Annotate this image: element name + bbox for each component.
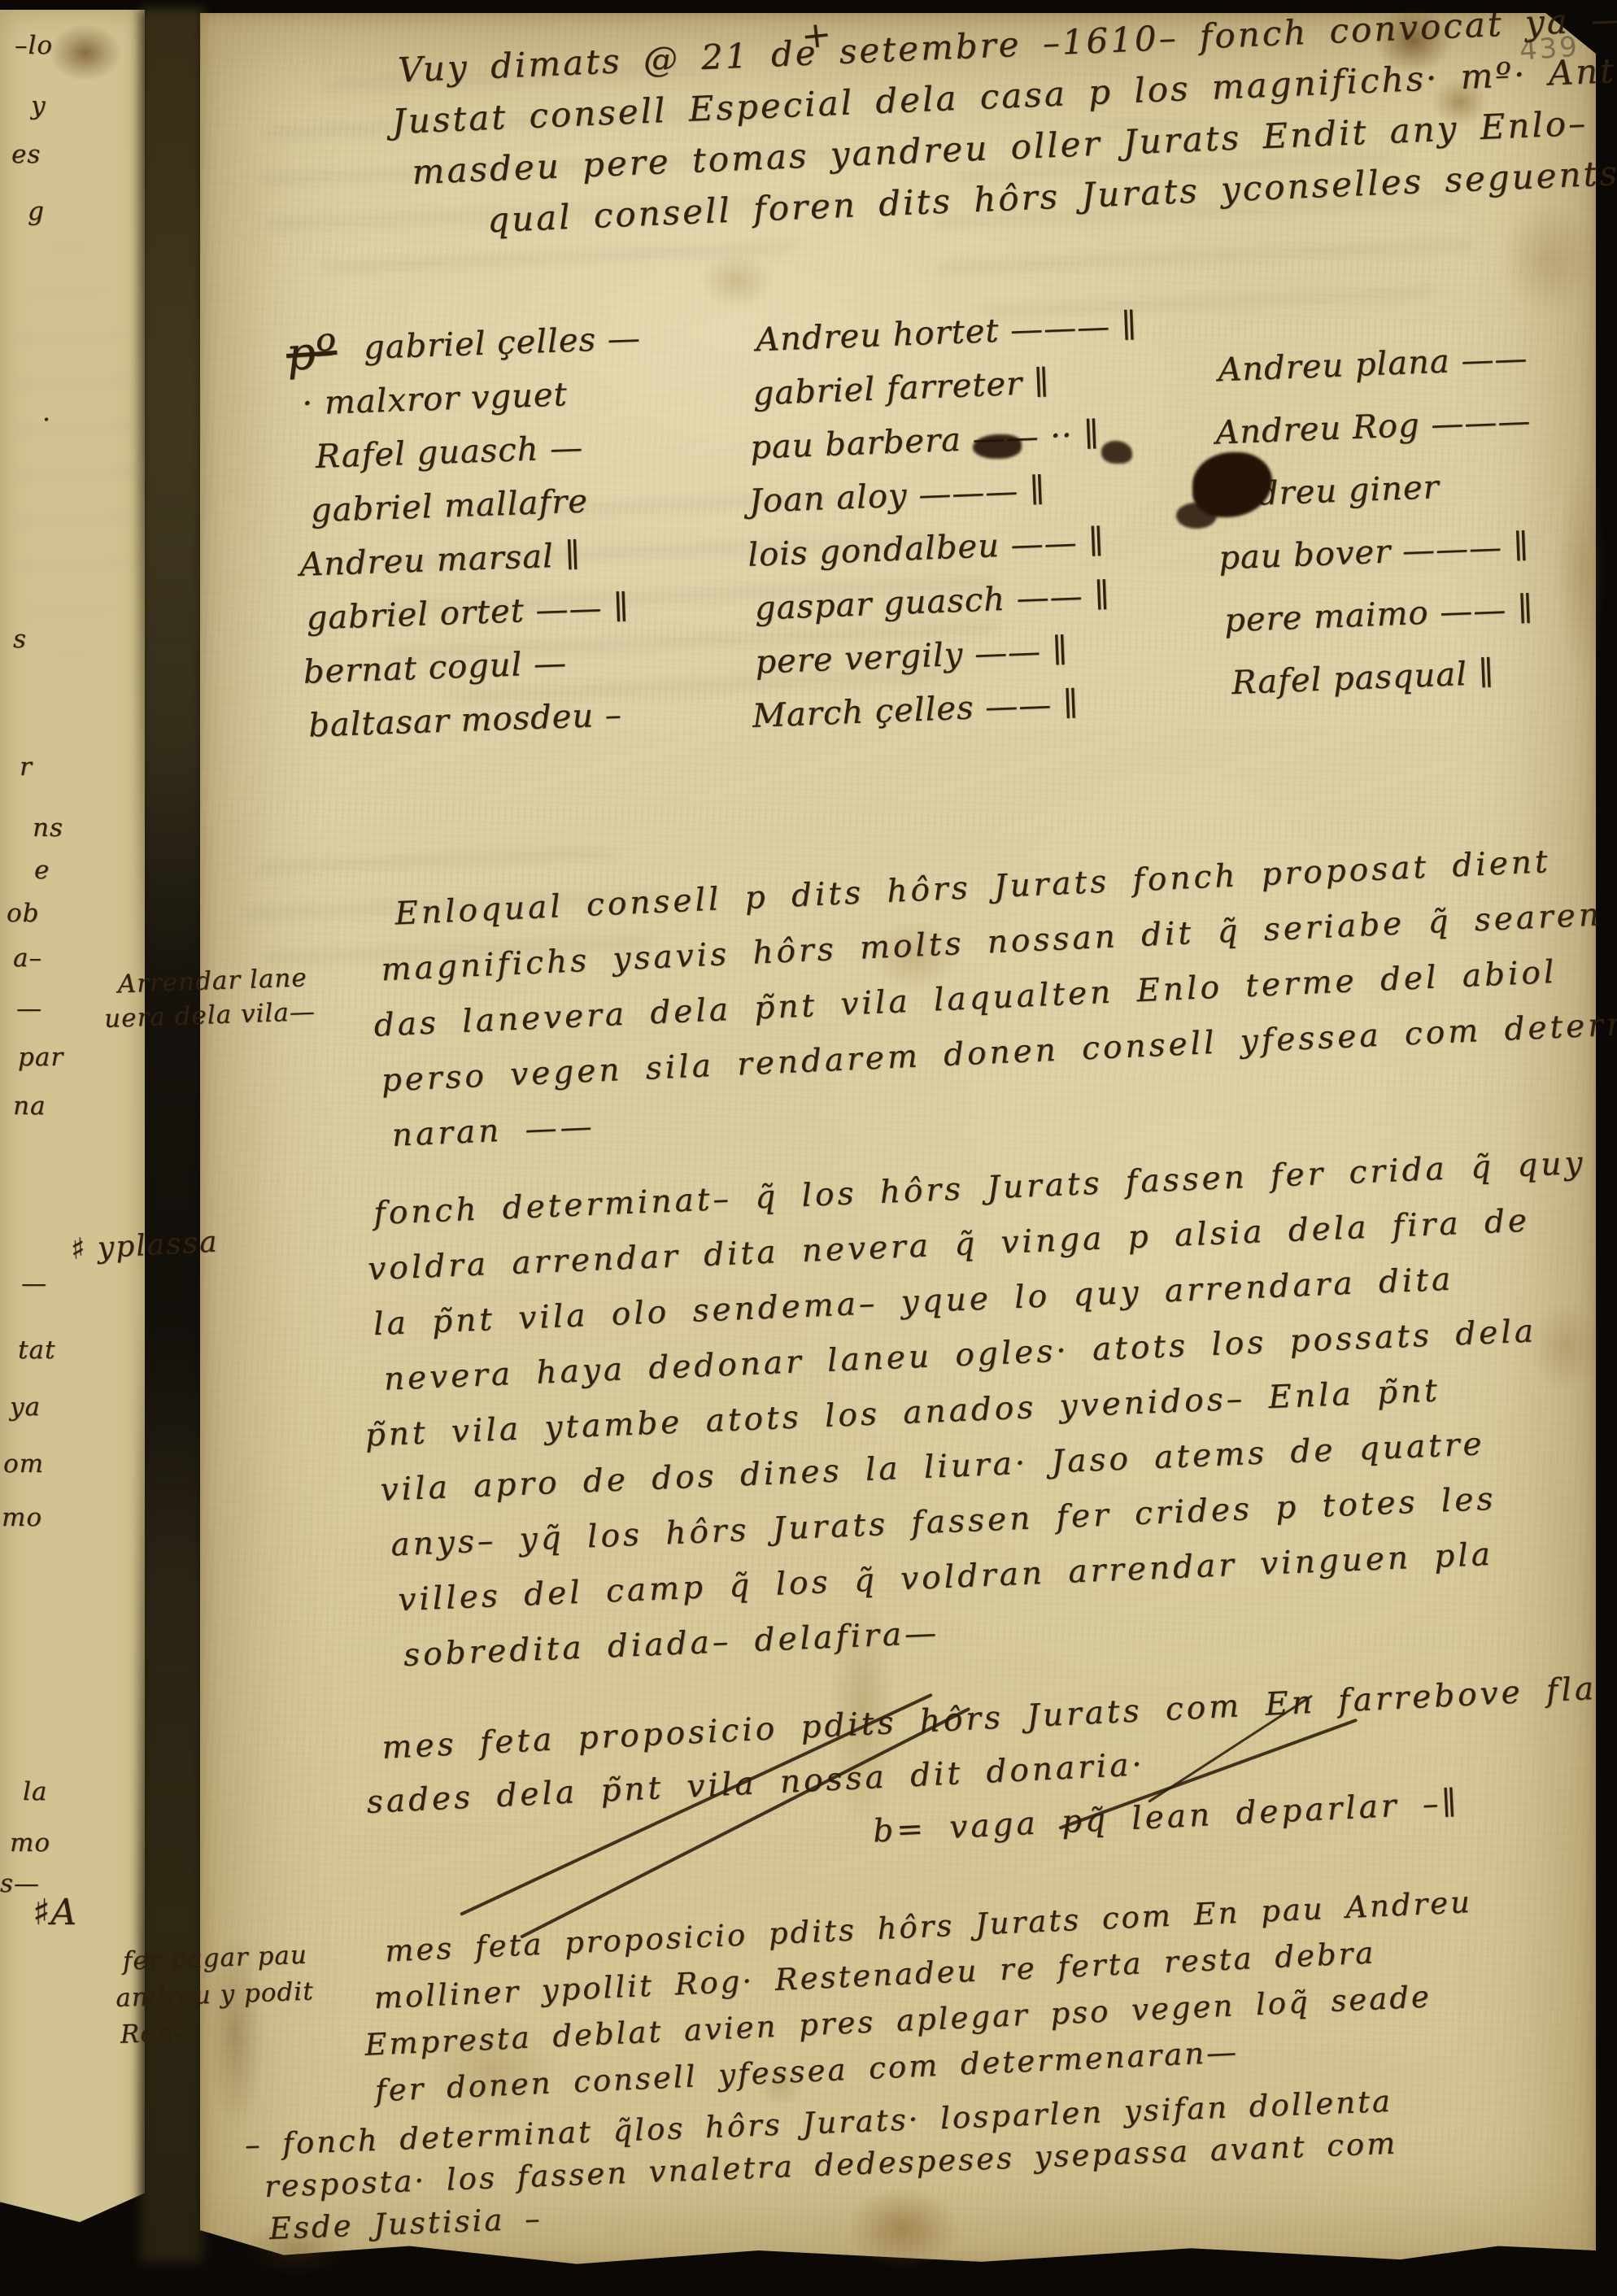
manuscript-photo: 439 + Vuy dimats @ 21 de setembre –1610–… — [0, 0, 1617, 2296]
edge-fragment: la — [23, 1777, 47, 1806]
attendee-column-2: Andreu hortet ——— ∥ gabriel farreter ∥ p… — [742, 298, 1153, 743]
edge-fragment: y — [31, 91, 46, 120]
edge-fragment: mo — [10, 1828, 50, 1858]
margin-note-line: andreu y podit — [115, 1973, 315, 2016]
edge-fragment: ob — [7, 899, 40, 928]
attendee-name: Rafel pasqual ∥ — [1231, 641, 1542, 716]
margin-note-line: fer pagar pau — [122, 1937, 313, 1980]
edge-fragment: — — [16, 994, 42, 1023]
binding-gutter-shadow — [140, 8, 203, 2263]
paragraph-nevera-proposal: Enloqual consell p dits hôrs Jurats fonc… — [368, 830, 1617, 1164]
ink-blot — [1176, 503, 1217, 529]
edge-fragment: es — [11, 140, 41, 169]
edge-fragment: ♯A — [33, 1892, 77, 1933]
edge-fragment: a– — [13, 943, 42, 973]
ink-blot — [973, 434, 1022, 459]
edge-fragment: ns — [33, 813, 63, 843]
edge-fragment: na — [13, 1091, 46, 1121]
stain — [49, 24, 122, 81]
edge-fragment: tat — [18, 1335, 55, 1365]
edge-fragment: e — [34, 856, 50, 885]
margin-note-fer-pagar: fer pagar pau andreu y podit Rog— — [114, 1937, 316, 2054]
attendee-name: pere maimo —— ∥ — [1223, 578, 1540, 653]
edge-fragment: om — [3, 1449, 44, 1479]
attendee-column-1: gabriel çelles — · malxror vguet Rafel g… — [291, 312, 655, 753]
ink-blot — [1101, 441, 1132, 464]
attendee-name: pau bover ——— ∥ — [1218, 516, 1537, 590]
edge-fragment: g — [28, 197, 45, 226]
stain — [1558, 455, 1606, 683]
attendee-name: gabriel çelles — — [363, 312, 642, 375]
edge-fragment: — — [21, 1269, 47, 1298]
attendee-column-3: Andreu plana —— Andreu Rog ——— Andreu gi… — [1205, 328, 1541, 716]
margin-note-arrendar-nevera: Arrendar lane uera dela vila— — [102, 961, 316, 1036]
edge-fragment: par — [18, 1043, 63, 1072]
paragraph-crida-resolution: fonch determinat– q̃ los hôrs Jurats fas… — [355, 1136, 1606, 1685]
edge-fragment: –lo — [15, 31, 53, 60]
attendee-name: Andreu plana —— — [1217, 328, 1530, 403]
edge-fragment: · — [42, 405, 51, 434]
margin-note-line: Rog— — [120, 2010, 316, 2053]
edge-fragment: r — [20, 752, 33, 782]
stain — [700, 252, 773, 309]
stain — [1501, 203, 1598, 317]
edge-fragment: s — [13, 625, 27, 654]
attendee-name: Andreu Rog ——— — [1214, 390, 1532, 465]
edge-fragment: mo — [2, 1503, 42, 1532]
edge-fragment: ya — [10, 1392, 41, 1422]
